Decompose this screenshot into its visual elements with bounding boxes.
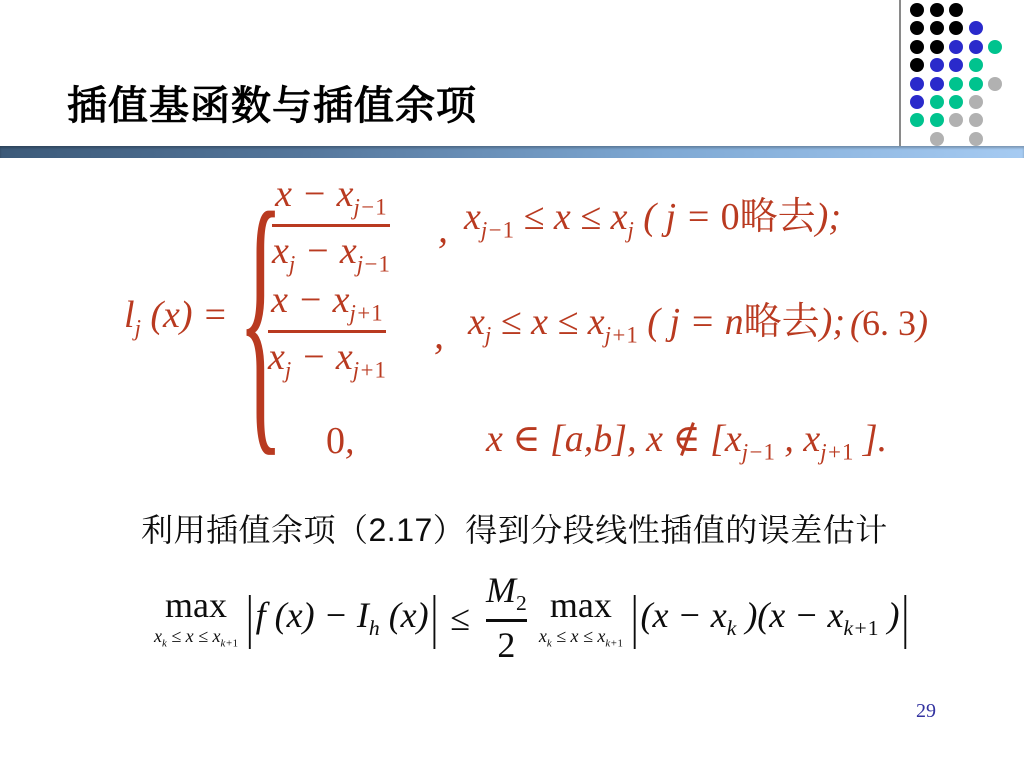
case3-condition: x ∈ [a,b], x ∉ [xj−1 , xj+1 ]. <box>486 418 887 466</box>
fraction-bar <box>272 224 390 227</box>
dot <box>930 77 944 91</box>
case3-value: 0, <box>326 420 355 464</box>
max-label: max <box>550 587 612 623</box>
dot <box>910 58 924 72</box>
dot <box>969 58 983 72</box>
dot <box>969 95 983 109</box>
fraction-bar <box>268 330 386 333</box>
case2-comma: , <box>434 312 444 358</box>
dot <box>969 113 983 127</box>
dot <box>910 77 924 91</box>
dot <box>988 77 1002 91</box>
equation-number: (6. 3) <box>850 303 928 344</box>
leq-relation: ≤ <box>450 597 470 639</box>
max-limits: xk ≤ x ≤ xk+1 <box>154 626 238 650</box>
case2-numerator: x − xj+1 <box>271 279 383 327</box>
page-title: 插值基函数与插值余项 <box>67 84 477 128</box>
case1-fraction: x − xj−1 xj − xj−1 <box>272 173 390 278</box>
dot <box>969 21 983 35</box>
dot <box>969 40 983 54</box>
dot <box>930 40 944 54</box>
case2-denominator: xj − xj+1 <box>268 336 386 384</box>
dot <box>949 58 963 72</box>
dot <box>910 40 924 54</box>
abs-bar: | <box>902 584 910 652</box>
dot <box>930 132 944 146</box>
case2-fraction: x − xj+1 xj − xj+1 <box>268 279 386 384</box>
abs-bar: | <box>631 584 639 652</box>
dot <box>988 40 1002 54</box>
decor-dot-grid <box>910 3 1008 150</box>
case1-denominator: xj − xj−1 <box>272 230 390 278</box>
equation-lhs: lj (x) = <box>124 294 228 342</box>
dot <box>969 132 983 146</box>
dot <box>930 3 944 17</box>
dot <box>949 77 963 91</box>
dot <box>930 58 944 72</box>
case1-condition: xj−1 ≤ x ≤ xj ( j = 0略去); <box>464 196 841 244</box>
decor-gradient-bar <box>0 146 1024 158</box>
max-operator-right: max xk ≤ x ≤ xk+1 <box>539 587 623 650</box>
slide: 插值基函数与插值余项 lj (x) = { x − xj−1 xj − xj−1… <box>0 0 1024 768</box>
formula-rhs: (x − xk )(x − xk+1 ) <box>640 595 899 641</box>
error-bound-formula: max xk ≤ x ≤ xk+1 | f (x) − Ih (x) | ≤ M… <box>148 570 911 666</box>
m2-denominator: 2 <box>497 625 515 666</box>
dot <box>930 95 944 109</box>
max-limits: xk ≤ x ≤ xk+1 <box>539 626 623 650</box>
max-operator-left: max xk ≤ x ≤ xk+1 <box>154 587 238 650</box>
page-number: 29 <box>916 700 936 723</box>
case1-comma: , <box>438 206 448 252</box>
dot <box>930 21 944 35</box>
fraction-bar <box>486 619 527 622</box>
dot <box>949 3 963 17</box>
dot <box>910 95 924 109</box>
dot <box>949 113 963 127</box>
decor-vertical-line <box>899 0 901 147</box>
m2-numerator: M2 <box>486 570 527 616</box>
max-label: max <box>165 587 227 623</box>
dot <box>930 113 944 127</box>
dot <box>910 113 924 127</box>
m2-over-2-fraction: M2 2 <box>486 570 527 666</box>
case2-condition: xj ≤ x ≤ xj+1 ( j = n略去); <box>468 301 845 349</box>
left-brace: { <box>238 171 272 466</box>
dot <box>949 95 963 109</box>
formula-lhs: f (x) − Ih (x) <box>256 595 429 641</box>
dot <box>949 40 963 54</box>
dot <box>910 3 924 17</box>
abs-bar: | <box>431 584 439 652</box>
case1-numerator: x − xj−1 <box>275 173 387 221</box>
abs-bar: | <box>246 584 254 652</box>
dot <box>969 77 983 91</box>
body-text: 利用插值余项（2.17）得到分段线性插值的误差估计 <box>141 505 888 551</box>
dot <box>910 21 924 35</box>
dot <box>949 21 963 35</box>
